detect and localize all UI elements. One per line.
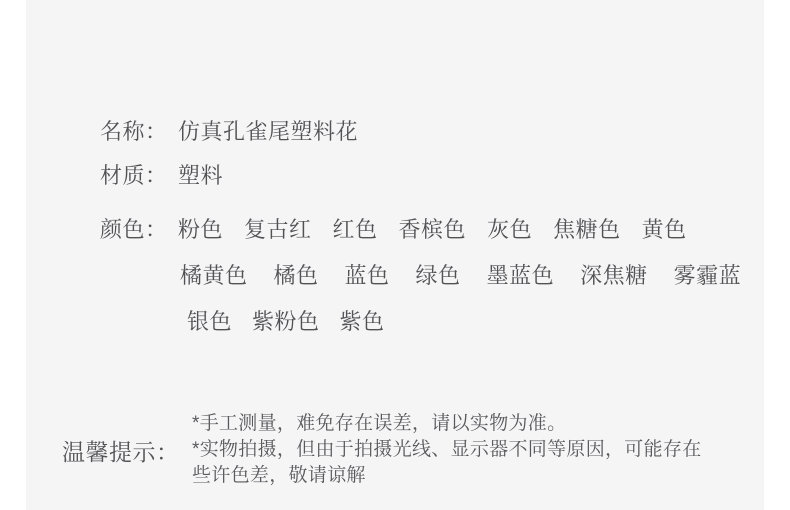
color-name: 焦糖色 xyxy=(553,218,621,242)
color-label: 颜色： xyxy=(100,218,178,242)
tips-label: 温馨提示： xyxy=(62,434,180,467)
tip-line: *实物拍摄，但由于拍摄光线、显示器不同等原因，可能存在 xyxy=(192,437,702,463)
color-row-section: 颜色： 粉色复古红红色香槟色灰色焦糖色黄色橘黄色橘色蓝色绿色墨蓝色深焦糖雾霾蓝银… xyxy=(100,218,741,356)
tips-text: *手工测量，难免存在误差，请以实物为准。*实物拍摄，但由于拍摄光线、显示器不同等… xyxy=(192,411,702,489)
product-name-row: 名称： 仿真孔雀尾塑料花 xyxy=(100,120,358,144)
color-name: 绿色 xyxy=(416,264,461,288)
tip-line: *手工测量，难免存在误差，请以实物为准。 xyxy=(192,411,702,437)
color-row: 橘黄色橘色蓝色绿色墨蓝色深焦糖雾霾蓝 xyxy=(180,264,741,288)
color-name: 雾霾蓝 xyxy=(674,264,742,288)
product-info-panel: 名称： 仿真孔雀尾塑料花 材质： 塑料 颜色： 粉色复古红红色香槟色灰色焦糖色黄… xyxy=(26,0,764,510)
color-list: 粉色复古红红色香槟色灰色焦糖色黄色橘黄色橘色蓝色绿色墨蓝色深焦糖雾霾蓝银色紫粉色… xyxy=(178,218,741,356)
color-row: 银色紫粉色紫色 xyxy=(187,310,741,334)
color-name: 灰色 xyxy=(487,218,532,242)
product-detail-page: { "page": { "page_background": "#ffffff"… xyxy=(0,0,790,510)
name-label: 名称： xyxy=(100,120,178,144)
color-name: 蓝色 xyxy=(345,264,390,288)
color-name: 银色 xyxy=(187,310,232,334)
material-value: 塑料 xyxy=(178,164,223,188)
color-name: 紫色 xyxy=(340,310,385,334)
color-name: 黄色 xyxy=(642,218,687,242)
material-row: 材质： 塑料 xyxy=(100,164,223,188)
color-name: 香槟色 xyxy=(399,218,467,242)
color-name: 橘色 xyxy=(274,264,319,288)
color-name: 复古红 xyxy=(244,218,312,242)
material-label: 材质： xyxy=(100,164,178,188)
color-name: 粉色 xyxy=(178,218,223,242)
tip-line: 些许色差，敬请谅解 xyxy=(192,463,702,489)
color-name: 红色 xyxy=(333,218,378,242)
color-row: 粉色复古红红色香槟色灰色焦糖色黄色 xyxy=(178,218,741,242)
name-value: 仿真孔雀尾塑料花 xyxy=(178,120,358,144)
color-name: 橘黄色 xyxy=(180,264,248,288)
color-name: 紫粉色 xyxy=(252,310,320,334)
color-name: 墨蓝色 xyxy=(487,264,555,288)
color-name: 深焦糖 xyxy=(580,264,648,288)
